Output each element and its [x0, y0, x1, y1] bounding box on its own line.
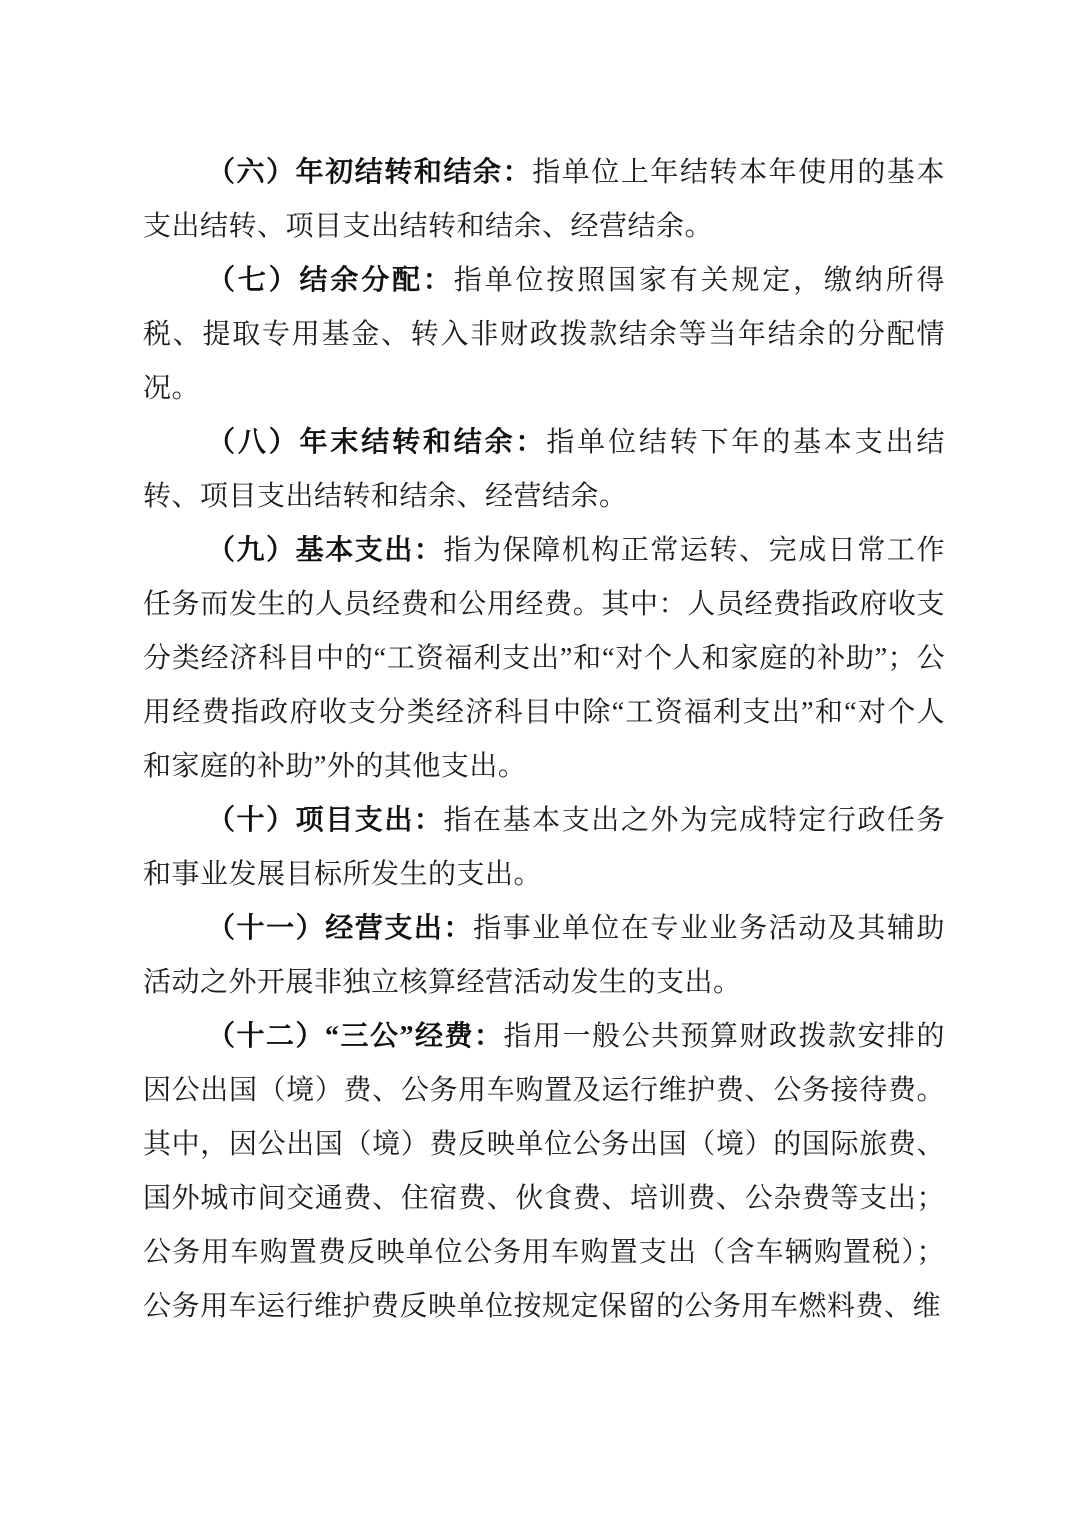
definition-paragraph-11: （十一）经营支出：指事业单位在专业业务活动及其辅助活动之外开展非独立核算经营活动…: [143, 902, 945, 1010]
term-lead-10: （十）项目支出：: [207, 805, 444, 836]
term-lead-11: （十一）经营支出：: [207, 913, 473, 944]
document-text-block: （六）年初结转和结余：指单位上年结转本年使用的基本支出结转、项目支出结转和结余、…: [143, 146, 945, 1334]
term-definition-12: 指用一般公共预算财政拨款安排的因公出国（境）费、公务用车购置及运行维护费、公务接…: [143, 1021, 945, 1322]
document-page: （六）年初结转和结余：指单位上年结转本年使用的基本支出结转、项目支出结转和结余、…: [0, 0, 1074, 1520]
definition-paragraph-12: （十二）“三公”经费：指用一般公共预算财政拨款安排的因公出国（境）费、公务用车购…: [143, 1010, 945, 1334]
term-lead-12: （十二）“三公”经费：: [207, 1021, 504, 1052]
definition-paragraph-7: （七）结余分配：指单位按照国家有关规定，缴纳所得税、提取专用基金、转入非财政拨款…: [143, 254, 945, 416]
term-lead-8: （八）年末结转和结余：: [207, 427, 546, 458]
term-lead-7: （七）结余分配：: [207, 265, 454, 296]
term-lead-6: （六）年初结转和结余：: [207, 157, 532, 188]
definition-paragraph-10: （十）项目支出：指在基本支出之外为完成特定行政任务和事业发展目标所发生的支出。: [143, 794, 945, 902]
definition-paragraph-8: （八）年末结转和结余：指单位结转下年的基本支出结转、项目支出结转和结余、经营结余…: [143, 416, 945, 524]
term-lead-9: （九）基本支出：: [207, 535, 444, 566]
term-definition-9: 指为保障机构正常运转、完成日常工作任务而发生的人员经费和公用经费。其中：人员经费…: [143, 535, 945, 782]
definition-paragraph-6: （六）年初结转和结余：指单位上年结转本年使用的基本支出结转、项目支出结转和结余、…: [143, 146, 945, 254]
definition-paragraph-9: （九）基本支出：指为保障机构正常运转、完成日常工作任务而发生的人员经费和公用经费…: [143, 524, 945, 794]
